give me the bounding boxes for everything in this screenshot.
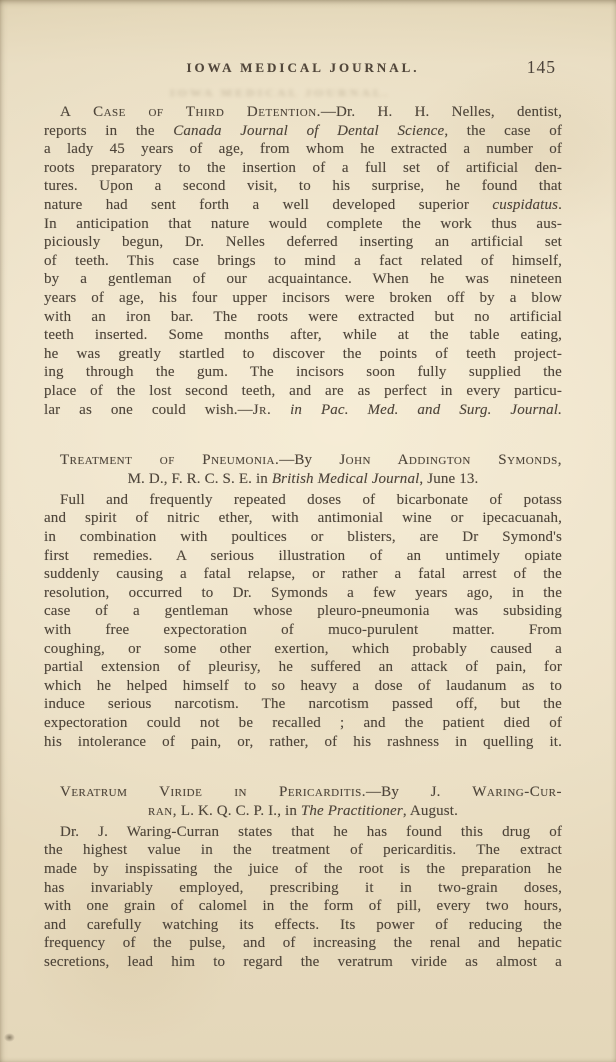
text-line: tures. Upon a second visit, to his surpr… <box>44 177 562 196</box>
text-line: which he helped himself to so heavy a do… <box>44 677 562 696</box>
body-text: In anticipation that nature would comple… <box>44 216 562 232</box>
body-text: partial extension of pleurisy, he suffer… <box>44 659 562 675</box>
text-line: made by inspissating the juice of the ro… <box>44 860 562 879</box>
body-text: with free expectoration of muco-purulent… <box>44 622 562 638</box>
italic-text: Canada Journal of Dental Science <box>173 123 444 139</box>
body-text: and carefully watching its effects. Its … <box>44 917 562 933</box>
text-line: his intolerance of pain, or, rather, of … <box>44 733 562 752</box>
body-text: —By <box>279 452 339 468</box>
body-text: , June 13. <box>419 471 478 487</box>
body-text: suddenly causing a fatal relapse, or rat… <box>44 566 562 582</box>
body-text: ing through the gum. The incisors soon f… <box>44 364 562 380</box>
page-number: 145 <box>527 57 556 78</box>
body-text: case of a gentleman whose pleuro-pneumon… <box>44 603 562 619</box>
text-line: nature had sent forth a well developed s… <box>44 196 562 215</box>
journal-title: IOWA MEDICAL JOURNAL. <box>44 60 562 76</box>
text-line: a lady 45 years of age, from whom he ext… <box>44 140 562 159</box>
text-line: and carefully watching its effects. Its … <box>44 916 562 935</box>
article-a-case-of-third-detention: A Case of Third Detention.—Dr. H. H. Nel… <box>44 103 562 419</box>
article-veratrum-viride-in-pericarditis-heading: Veratrum Viride in Pericarditis.—By J. W… <box>44 783 562 820</box>
text-line: expectoration could not be recalled ; an… <box>44 714 562 733</box>
body-text: made by inspissating the juice of the ro… <box>44 861 562 877</box>
text-line: place of the lost second teeth, and are … <box>44 382 562 401</box>
body-text: roots preparatory to the insertion of a … <box>44 160 562 176</box>
text-line: suddenly causing a fatal relapse, or rat… <box>44 565 562 584</box>
text-line: A Case of Third Detention.—Dr. H. H. Nel… <box>44 103 562 122</box>
body-text: by a gentleman of our acquaintance. When… <box>44 271 562 287</box>
body-text: piciously begun, Dr. Nelles deferred ins… <box>44 234 562 250</box>
text-line: lar as one could wish.—Jr. in Pac. Med. … <box>44 401 562 420</box>
text-line: frequency of the pulse, and of increasin… <box>44 934 562 953</box>
body-text: years of age, his four upper incisors we… <box>44 290 562 306</box>
body-text: frequency of the pulse, and of increasin… <box>44 935 562 951</box>
heading-line: ran, L. K. Q. C. P. I., in The Practitio… <box>44 802 562 821</box>
body-text: L. K. Q. C. P. I., in <box>177 803 301 819</box>
heading-line: Treatment of Pneumonia.—By John Addingto… <box>44 451 562 470</box>
text-line: he was greatly startled to discover the … <box>44 345 562 364</box>
body-text: has invariably employed, prescribing it … <box>44 880 562 896</box>
article-treatment-of-pneumonia: Treatment of Pneumonia.—By John Addingto… <box>44 451 562 751</box>
running-head: IOWA MEDICAL JOURNAL. 145 <box>44 60 562 82</box>
body-text: resolution, occurred to Dr. Symonds a fe… <box>44 585 562 601</box>
body-text: teeth inserted. Some months after, while… <box>44 327 562 343</box>
heading-line: M. D., F. R. C. S. E. in British Medical… <box>44 470 562 489</box>
article-treatment-of-pneumonia-heading: Treatment of Pneumonia.—By John Addingto… <box>44 451 562 488</box>
text-line: resolution, occurred to Dr. Symonds a fe… <box>44 584 562 603</box>
showthrough-ghost-text: IOWA MEDICAL JOURNAL. <box>0 87 560 101</box>
body-text: induce serious narcotism. The narcotism … <box>44 696 562 712</box>
text-line: in combination with poultices or blister… <box>44 528 562 547</box>
text-line: by a gentleman of our acquaintance. When… <box>44 270 562 289</box>
body-text: coughing, or some other exertion, which … <box>44 641 562 657</box>
body-text: lar as one could wish.— <box>44 402 253 418</box>
body-text: in combination with poultices or blister… <box>44 529 562 545</box>
text-line: piciously begun, Dr. Nelles deferred ins… <box>44 233 562 252</box>
text-line: partial extension of pleurisy, he suffer… <box>44 658 562 677</box>
text-line: first remedies. A serious illustration o… <box>44 547 562 566</box>
body-text: —Dr. H. H. Nelles, dentist, <box>321 104 562 120</box>
body-text: tures. Upon a second visit, to his surpr… <box>44 178 562 194</box>
small-caps-text: John Addington Symonds, <box>339 452 562 468</box>
body-text: Full and frequently repeated doses of bi… <box>60 492 562 508</box>
body-text: he was greatly startled to discover the … <box>44 346 562 362</box>
body-text: , the case of <box>444 123 562 139</box>
body-text: . <box>558 197 562 213</box>
text-line: with one grain of calomel in the form of… <box>44 897 562 916</box>
text-line: and spirit of nitric ether, with antimon… <box>44 509 562 528</box>
small-caps-text: A Case of Third Detention. <box>60 104 321 120</box>
small-caps-text: Veratrum Viride in Pericarditis. <box>60 784 366 800</box>
text-line: reports in the Canada Journal of Dental … <box>44 122 562 141</box>
text-line: the highest value in the treatment of pe… <box>44 841 562 860</box>
text-line: coughing, or some other exertion, which … <box>44 640 562 659</box>
body-text: expectoration could not be recalled ; an… <box>44 715 562 731</box>
small-caps-text: Treatment of Pneumonia. <box>60 452 279 468</box>
text-line: Full and frequently repeated doses of bi… <box>44 491 562 510</box>
body-text: the highest value in the treatment of pe… <box>44 842 562 858</box>
text-line: with an iron bar. The roots were extract… <box>44 308 562 327</box>
body-text: reports in the <box>44 123 173 139</box>
text-line: of teeth. This case brings to mind a fac… <box>44 252 562 271</box>
articles: A Case of Third Detention.—Dr. H. H. Nel… <box>44 103 562 972</box>
italic-text: The Practitioner <box>301 803 403 819</box>
body-text: —By J. <box>366 784 472 800</box>
article-veratrum-viride-in-pericarditis: Veratrum Viride in Pericarditis.—By J. W… <box>44 783 562 971</box>
text-line: case of a gentleman whose pleuro-pneumon… <box>44 602 562 621</box>
text-line: In anticipation that nature would comple… <box>44 215 562 234</box>
small-caps-text: ran, <box>148 803 177 819</box>
small-caps-text: Waring-Cur- <box>472 784 562 800</box>
text-line: ing through the gum. The incisors soon f… <box>44 363 562 382</box>
body-text: secretions, lead him to regard the verat… <box>44 954 562 970</box>
text-line: teeth inserted. Some months after, while… <box>44 326 562 345</box>
text-line: roots preparatory to the insertion of a … <box>44 159 562 178</box>
body-text: a lady 45 years of age, from whom he ext… <box>44 141 562 157</box>
paper-speck <box>4 1033 15 1042</box>
text-line: has invariably employed, prescribing it … <box>44 879 562 898</box>
body-text: nature had sent forth a well developed s… <box>44 197 492 213</box>
italic-text: in Pac. Med. and Surg. Journal. <box>290 402 562 418</box>
body-text <box>271 402 290 418</box>
body-text: his intolerance of pain, or, rather, of … <box>44 734 562 750</box>
italic-text: cuspidatus <box>492 197 558 213</box>
body-text: M. D., F. R. C. S. E. in <box>128 471 272 487</box>
body-text: , August. <box>403 803 458 819</box>
body-text: with an iron bar. The roots were extract… <box>44 309 562 325</box>
body-text: first remedies. A serious illustration o… <box>44 548 562 564</box>
text-line: secretions, lead him to regard the verat… <box>44 953 562 972</box>
text-line: Dr. J. Waring-Curran states that he has … <box>44 823 562 842</box>
body-text: place of the lost second teeth, and are … <box>44 383 562 399</box>
scanned-page: IOWA MEDICAL JOURNAL. 145 IOWA MEDICAL J… <box>0 0 616 1062</box>
heading-line: Veratrum Viride in Pericarditis.—By J. W… <box>44 783 562 802</box>
body-text: which he helped himself to so heavy a do… <box>44 678 562 694</box>
text-line: induce serious narcotism. The narcotism … <box>44 695 562 714</box>
body-text: with one grain of calomel in the form of… <box>44 898 562 914</box>
text-line: years of age, his four upper incisors we… <box>44 289 562 308</box>
small-caps-text: Jr. <box>253 402 271 418</box>
body-text: and spirit of nitric ether, with antimon… <box>44 510 562 526</box>
italic-text: British Medical Journal <box>272 471 420 487</box>
body-text: of teeth. This case brings to mind a fac… <box>44 253 562 269</box>
body-text: Dr. J. Waring-Curran states that he has … <box>60 824 562 840</box>
text-line: with free expectoration of muco-purulent… <box>44 621 562 640</box>
